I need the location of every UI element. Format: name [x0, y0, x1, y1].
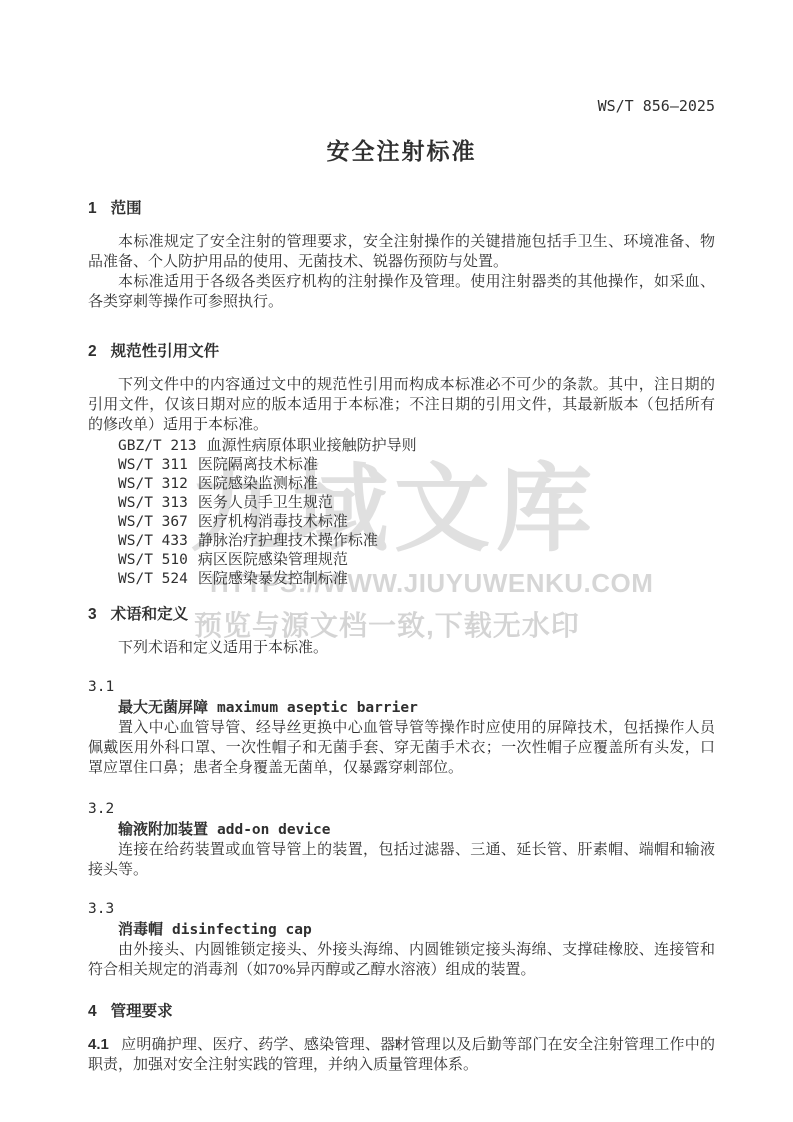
- term-number: 3.1: [88, 678, 715, 696]
- section-heading-references: 2规范性引用文件: [88, 342, 715, 362]
- term-definition: 置入中心血管导管、经导丝更换中心血管导管等操作时应使用的屏障技术，包括操作人员佩…: [88, 718, 715, 778]
- reference-item: WS/T 524医院感染暴发控制标准: [88, 570, 715, 589]
- term-name-english: add-on device: [217, 822, 331, 838]
- reference-title: 医务人员手卫生规范: [198, 495, 333, 511]
- term-name-chinese: 最大无菌屏障: [118, 699, 208, 716]
- standard-number: WS/T 856—2025: [88, 97, 715, 115]
- reference-code: WS/T 433: [118, 533, 188, 549]
- reference-code: GBZ/T 213: [118, 438, 197, 454]
- section-title: 管理要求: [111, 1003, 173, 1020]
- terms-intro: 下列术语和定义适用于本标准。: [88, 638, 715, 658]
- section-heading-terms: 3术语和定义: [88, 605, 715, 625]
- section-number: 2: [88, 343, 97, 360]
- reference-item: WS/T 312医院感染监测标准: [88, 475, 715, 494]
- reference-code: WS/T 311: [118, 457, 188, 473]
- term-definition: 由外接头、内圆锥锁定接头、外接头海绵、内圆锥锁定接头海绵、支撑硅橡胶、连接管和符…: [88, 940, 715, 980]
- reference-title: 医疗机构消毒技术标准: [198, 514, 348, 530]
- reference-title: 静脉治疗护理技术操作标准: [198, 533, 378, 549]
- reference-title: 医院隔离技术标准: [198, 457, 318, 473]
- reference-code: WS/T 312: [118, 476, 188, 492]
- section-heading-management: 4管理要求: [88, 1002, 715, 1022]
- section-title: 范围: [111, 200, 142, 217]
- scope-paragraph-1: 本标准规定了安全注射的管理要求，安全注射操作的关键措施包括手卫生、环境准备、物品…: [88, 232, 715, 272]
- term-definition: 连接在给药装置或血管导管上的装置，包括过滤器、三通、延长管、肝素帽、端帽和输液接…: [88, 840, 715, 880]
- reference-title: 血源性病原体职业接触防护导则: [207, 438, 417, 454]
- section-number: 1: [88, 200, 97, 217]
- reference-item: WS/T 367医疗机构消毒技术标准: [88, 513, 715, 532]
- term-number: 3.3: [88, 900, 715, 918]
- reference-item: WS/T 510病区医院感染管理规范: [88, 551, 715, 570]
- term-entry-3-1: 3.1 最大无菌屏障maximum aseptic barrier 置入中心血管…: [88, 678, 715, 778]
- reference-code: WS/T 367: [118, 514, 188, 530]
- document-title: 安全注射标准: [88, 137, 715, 165]
- page-number: 1: [0, 1036, 793, 1054]
- term-name: 消毒帽disinfecting cap: [88, 920, 715, 940]
- reference-item: WS/T 313医务人员手卫生规范: [88, 494, 715, 513]
- reference-code: WS/T 313: [118, 495, 188, 511]
- term-number: 3.2: [88, 800, 715, 818]
- reference-list: GBZ/T 213血源性病原体职业接触防护导则 WS/T 311医院隔离技术标准…: [88, 437, 715, 589]
- reference-item: GBZ/T 213血源性病原体职业接触防护导则: [88, 437, 715, 456]
- reference-title: 医院感染监测标准: [198, 476, 318, 492]
- section-title: 规范性引用文件: [111, 343, 220, 360]
- reference-item: WS/T 311医院隔离技术标准: [88, 456, 715, 475]
- section-number: 4: [88, 1003, 97, 1020]
- term-name-chinese: 消毒帽: [118, 921, 163, 938]
- section-title: 术语和定义: [111, 606, 189, 623]
- document-page: 九域文库 HTTPS://WWW.JIUYUWENKU.COM 预览与源文档一致…: [0, 0, 793, 1122]
- term-name-english: disinfecting cap: [172, 922, 312, 938]
- term-name: 最大无菌屏障maximum aseptic barrier: [88, 698, 715, 718]
- references-intro: 下列文件中的内容通过文中的规范性引用而构成本标准必不可少的条款。其中，注日期的引…: [88, 375, 715, 435]
- reference-code: WS/T 524: [118, 571, 188, 587]
- term-name-english: maximum aseptic barrier: [217, 700, 418, 716]
- term-entry-3-3: 3.3 消毒帽disinfecting cap 由外接头、内圆锥锁定接头、外接头…: [88, 900, 715, 980]
- term-entry-3-2: 3.2 输液附加装置add-on device 连接在给药装置或血管导管上的装置…: [88, 800, 715, 880]
- term-name-chinese: 输液附加装置: [118, 821, 208, 838]
- reference-title: 病区医院感染管理规范: [198, 552, 348, 568]
- section-number: 3: [88, 606, 97, 623]
- reference-code: WS/T 510: [118, 552, 188, 568]
- scope-paragraph-2: 本标准适用于各级各类医疗机构的注射操作及管理。使用注射器类的其他操作，如采血、各…: [88, 272, 715, 312]
- section-heading-scope: 1范围: [88, 199, 715, 219]
- reference-title: 医院感染暴发控制标准: [198, 571, 348, 587]
- term-name: 输液附加装置add-on device: [88, 820, 715, 840]
- reference-item: WS/T 433静脉治疗护理技术操作标准: [88, 532, 715, 551]
- page-content: WS/T 856—2025 安全注射标准 1范围 本标准规定了安全注射的管理要求…: [0, 0, 793, 1075]
